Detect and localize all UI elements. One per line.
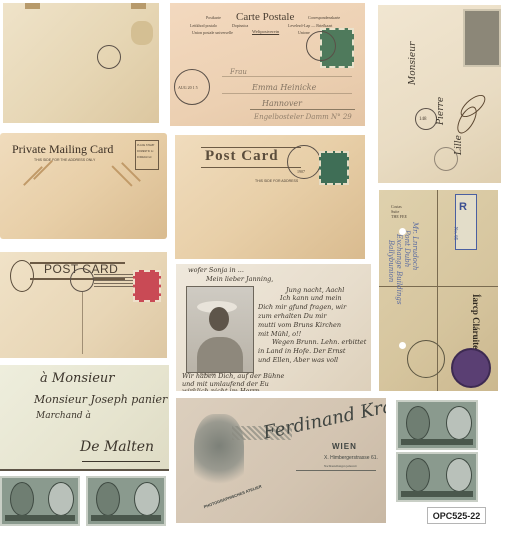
tape-mark (25, 3, 40, 9)
seal-icon (451, 348, 491, 388)
address-line-4: Ballybunion (387, 240, 395, 282)
postmark-icon (97, 45, 121, 69)
address-line-1: Monsieur (408, 42, 418, 85)
portrait-oval (406, 406, 430, 440)
script-line: in Land in Hofe. Der Ernst (258, 347, 345, 355)
address-line (250, 109, 355, 110)
monsieur-letter: 148 Monsieur Pierre Lille (378, 5, 501, 183)
line2-mid: Dopisnica (232, 23, 248, 28)
carte-postale-card: Carte Postale Postkarte Correspondenzkar… (170, 3, 365, 126)
edge-line (0, 469, 169, 471)
registered-envelope: R No. 65 Íarcp Cláruite. Costas Suite TH… (379, 190, 498, 391)
private-mailing-card: Private Mailing Card THIS SIDE FOR THE A… (0, 133, 167, 239)
stamp-band (401, 491, 473, 497)
postmark-icon (70, 268, 94, 292)
stain (131, 21, 153, 45)
line3-right: Unione (298, 30, 310, 35)
postmark-text: 1907 (297, 169, 305, 174)
address-line (222, 76, 352, 77)
monsieur-script-letter: à Monsieur Monsieur Joseph panier Marcha… (0, 365, 169, 471)
ink-flourish (453, 104, 480, 137)
script-line: à Monsieur (40, 371, 115, 386)
punch-hole (399, 228, 406, 235)
stamp-box-line: FOREIGN 2c (137, 155, 157, 161)
portrait-oval (48, 482, 74, 516)
address-line-3: Hannover (262, 99, 302, 108)
card-subtitle: THIS SIDE FOR THE ADDRESS ONLY (34, 158, 95, 162)
script-line: Monsieur Joseph panier (34, 393, 167, 406)
registered-mark: R (459, 201, 467, 213)
script-line: Wegen Brunn. Lehn. erbittet (272, 338, 366, 346)
divider-line (82, 292, 83, 354)
script-line: De Malten (80, 439, 154, 455)
script-line: Mein lieber Janning, (206, 275, 273, 283)
stamp-icon (319, 151, 349, 185)
post-card-green: Post Card THIS SIDE FOR ADDRESS 1907 (175, 135, 365, 259)
stamp-icon (396, 400, 478, 450)
script-line: Ich kann und mein (280, 294, 342, 302)
city: WIEN (332, 442, 357, 451)
stamp-icon (396, 452, 478, 502)
postmark-text: 148 (419, 117, 427, 122)
address-line-3: Exchange Buildings (395, 234, 403, 304)
address-line-1: Frau (230, 68, 247, 76)
portrait-oval (406, 458, 430, 492)
portrait-photo (186, 286, 254, 373)
line2-left: Lettkhod postalo (190, 23, 217, 28)
rule (296, 470, 376, 471)
script-line: Jung nacht, Aachl (286, 286, 344, 294)
corner-mark (23, 166, 43, 186)
script-line: wirklich nicht im Herrn (182, 387, 260, 391)
underline (82, 461, 160, 462)
stamp-band (91, 515, 161, 521)
product-code-label: OPC525-22 (427, 507, 486, 524)
stamp-box: PLACE STAMP DOMESTIC 1c FOREIGN 2c (135, 140, 159, 170)
post-card-red: POST CARD (0, 252, 167, 358)
address-line-2: Pont Dubh (403, 230, 411, 267)
header-right: Correspondenzkarte (308, 15, 340, 20)
script-line: und Ellen, Aber was voll (258, 356, 338, 364)
envelope-back (3, 3, 159, 123)
address-line-2: Emma Heinicke (252, 83, 316, 92)
card-title: Post Card (205, 148, 279, 165)
punch-hole (399, 342, 406, 349)
script-line: Dich mir gfund fragen, wir (258, 303, 346, 311)
portrait-body (197, 337, 243, 372)
stamp-band (5, 515, 75, 521)
portrait-oval (134, 482, 160, 516)
header-left: Postkarte (206, 15, 221, 20)
address-line-1: Mr. Lnrudoch (411, 222, 419, 270)
portrait-oval (10, 482, 34, 516)
side-text: Costas Suite THE FEE (391, 204, 407, 219)
script-line: Marchand à (36, 411, 91, 421)
card-title: Carte Postale (236, 11, 294, 23)
portrait-oval (446, 458, 472, 492)
script-line: mutti vom Bruns Kirchen (258, 321, 341, 329)
photographer-name: Ferdinand Kral. (261, 398, 386, 444)
portrait-head (209, 307, 229, 331)
line3-mid: Weltpostverein (252, 29, 279, 34)
registered-label: R No. 65 (455, 194, 477, 250)
stamp-icon (463, 9, 501, 67)
address-line-4: Engelbosteler Damm N° 29 (254, 113, 352, 121)
address-line-3: Lille (454, 135, 464, 155)
stamp-band (401, 439, 473, 445)
postmark-text: AUG 20 1 5 (178, 85, 198, 90)
small-text: Nachbestellungen jederzeit (324, 464, 357, 468)
registered-title: Íarcp Cláruite. (471, 294, 481, 351)
portrait-oval (446, 406, 472, 440)
tape-mark (131, 3, 146, 9)
stamp-icon (86, 476, 166, 526)
script-line: Wir haben Dich, auf der Bühne (182, 372, 284, 380)
script-line: zum erhalten Du mir (258, 312, 326, 320)
postmark-icon (306, 31, 336, 61)
stamp-icon (133, 270, 161, 302)
card-subtitle: THIS SIDE FOR ADDRESS (255, 179, 298, 183)
title-rule (201, 167, 301, 168)
portrait-oval (96, 482, 120, 516)
script-line: wofer Sonja in ... (188, 266, 244, 274)
registered-number: No. 65 (452, 227, 457, 241)
script-line: mit Mühl, o!! (258, 330, 301, 338)
cancel-lines (94, 274, 134, 288)
photo-letter: Photographie wofer Sonja in ... Mein lie… (176, 264, 371, 391)
address-line-2: Pierre (436, 97, 446, 125)
address: X. Himbergerstrasse 61. (324, 455, 378, 461)
card-title: Private Mailing Card (12, 142, 113, 157)
ferdinand-kral-card: Ferdinand Kral. WIEN X. Himbergerstrasse… (176, 398, 386, 523)
postmark-icon (407, 340, 445, 378)
address-line (222, 93, 352, 94)
stamp-icon (0, 476, 80, 526)
line3-left: Union postale universelle (192, 30, 233, 35)
